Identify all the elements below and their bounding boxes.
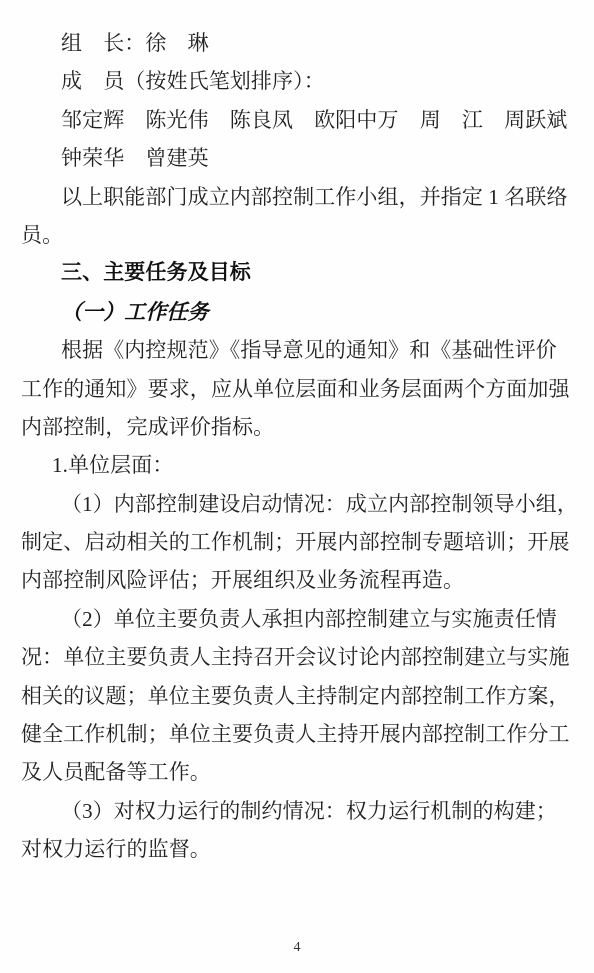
text-line-members-label: 成 员（按姓氏笔划排序）： [21, 62, 573, 100]
text-line: 内部控制风险评估；开展组织及业务流程再造。 [21, 561, 573, 599]
list-item-3: （3）对权力运行的制约情况：权力运行机制的构建； [21, 792, 573, 830]
text-line: 况：单位主要负责人主持召开会议讨论内部控制建立与实施 [21, 638, 573, 676]
subsection-heading: （一）工作任务 [21, 293, 573, 331]
text-line: 工作的通知》要求，应从单位层面和业务层面两个方面加强 [21, 370, 573, 408]
text-line: 对权力运行的监督。 [21, 830, 573, 868]
document-page: 组 长：徐 琳 成 员（按姓氏笔划排序）： 邹定辉 陈光伟 陈良凤 欧阳中万 周… [0, 0, 594, 973]
text-line: 内部控制，完成评价指标。 [21, 408, 573, 446]
page-footer: 4 [0, 938, 594, 956]
list-item-1: （1）内部控制建设启动情况：成立内部控制领导小组， [21, 485, 573, 523]
document-body: 组 长：徐 琳 成 员（按姓氏笔划排序）： 邹定辉 陈光伟 陈良凤 欧阳中万 周… [21, 24, 573, 869]
text-line: 健全工作机制；单位主要负责人主持开展内部控制工作分工 [21, 715, 573, 753]
text-line-leader: 组 长：徐 琳 [21, 24, 573, 62]
text-line: 员。 [21, 216, 573, 254]
list-item-unit-level: 1.单位层面： [21, 446, 573, 484]
text-line-member-names: 钟荣华 曾建英 [21, 139, 573, 177]
text-line: 根据《内控规范》《指导意见的通知》和《基础性评价 [21, 331, 573, 369]
section-heading: 三、主要任务及目标 [21, 254, 573, 292]
text-line: 以上职能部门成立内部控制工作小组，并指定 1 名联络 [21, 178, 573, 216]
list-item-2: （2）单位主要负责人承担内部控制建立与实施责任情 [21, 600, 573, 638]
text-line-member-names: 邹定辉 陈光伟 陈良凤 欧阳中万 周 江 周跃斌 [21, 101, 573, 139]
text-line: 制定、启动相关的工作机制；开展内部控制专题培训；开展 [21, 523, 573, 561]
page-number: 4 [294, 940, 301, 955]
text-line: 及人员配备等工作。 [21, 753, 573, 791]
text-line: 相关的议题；单位主要负责人主持制定内部控制工作方案， [21, 677, 573, 715]
